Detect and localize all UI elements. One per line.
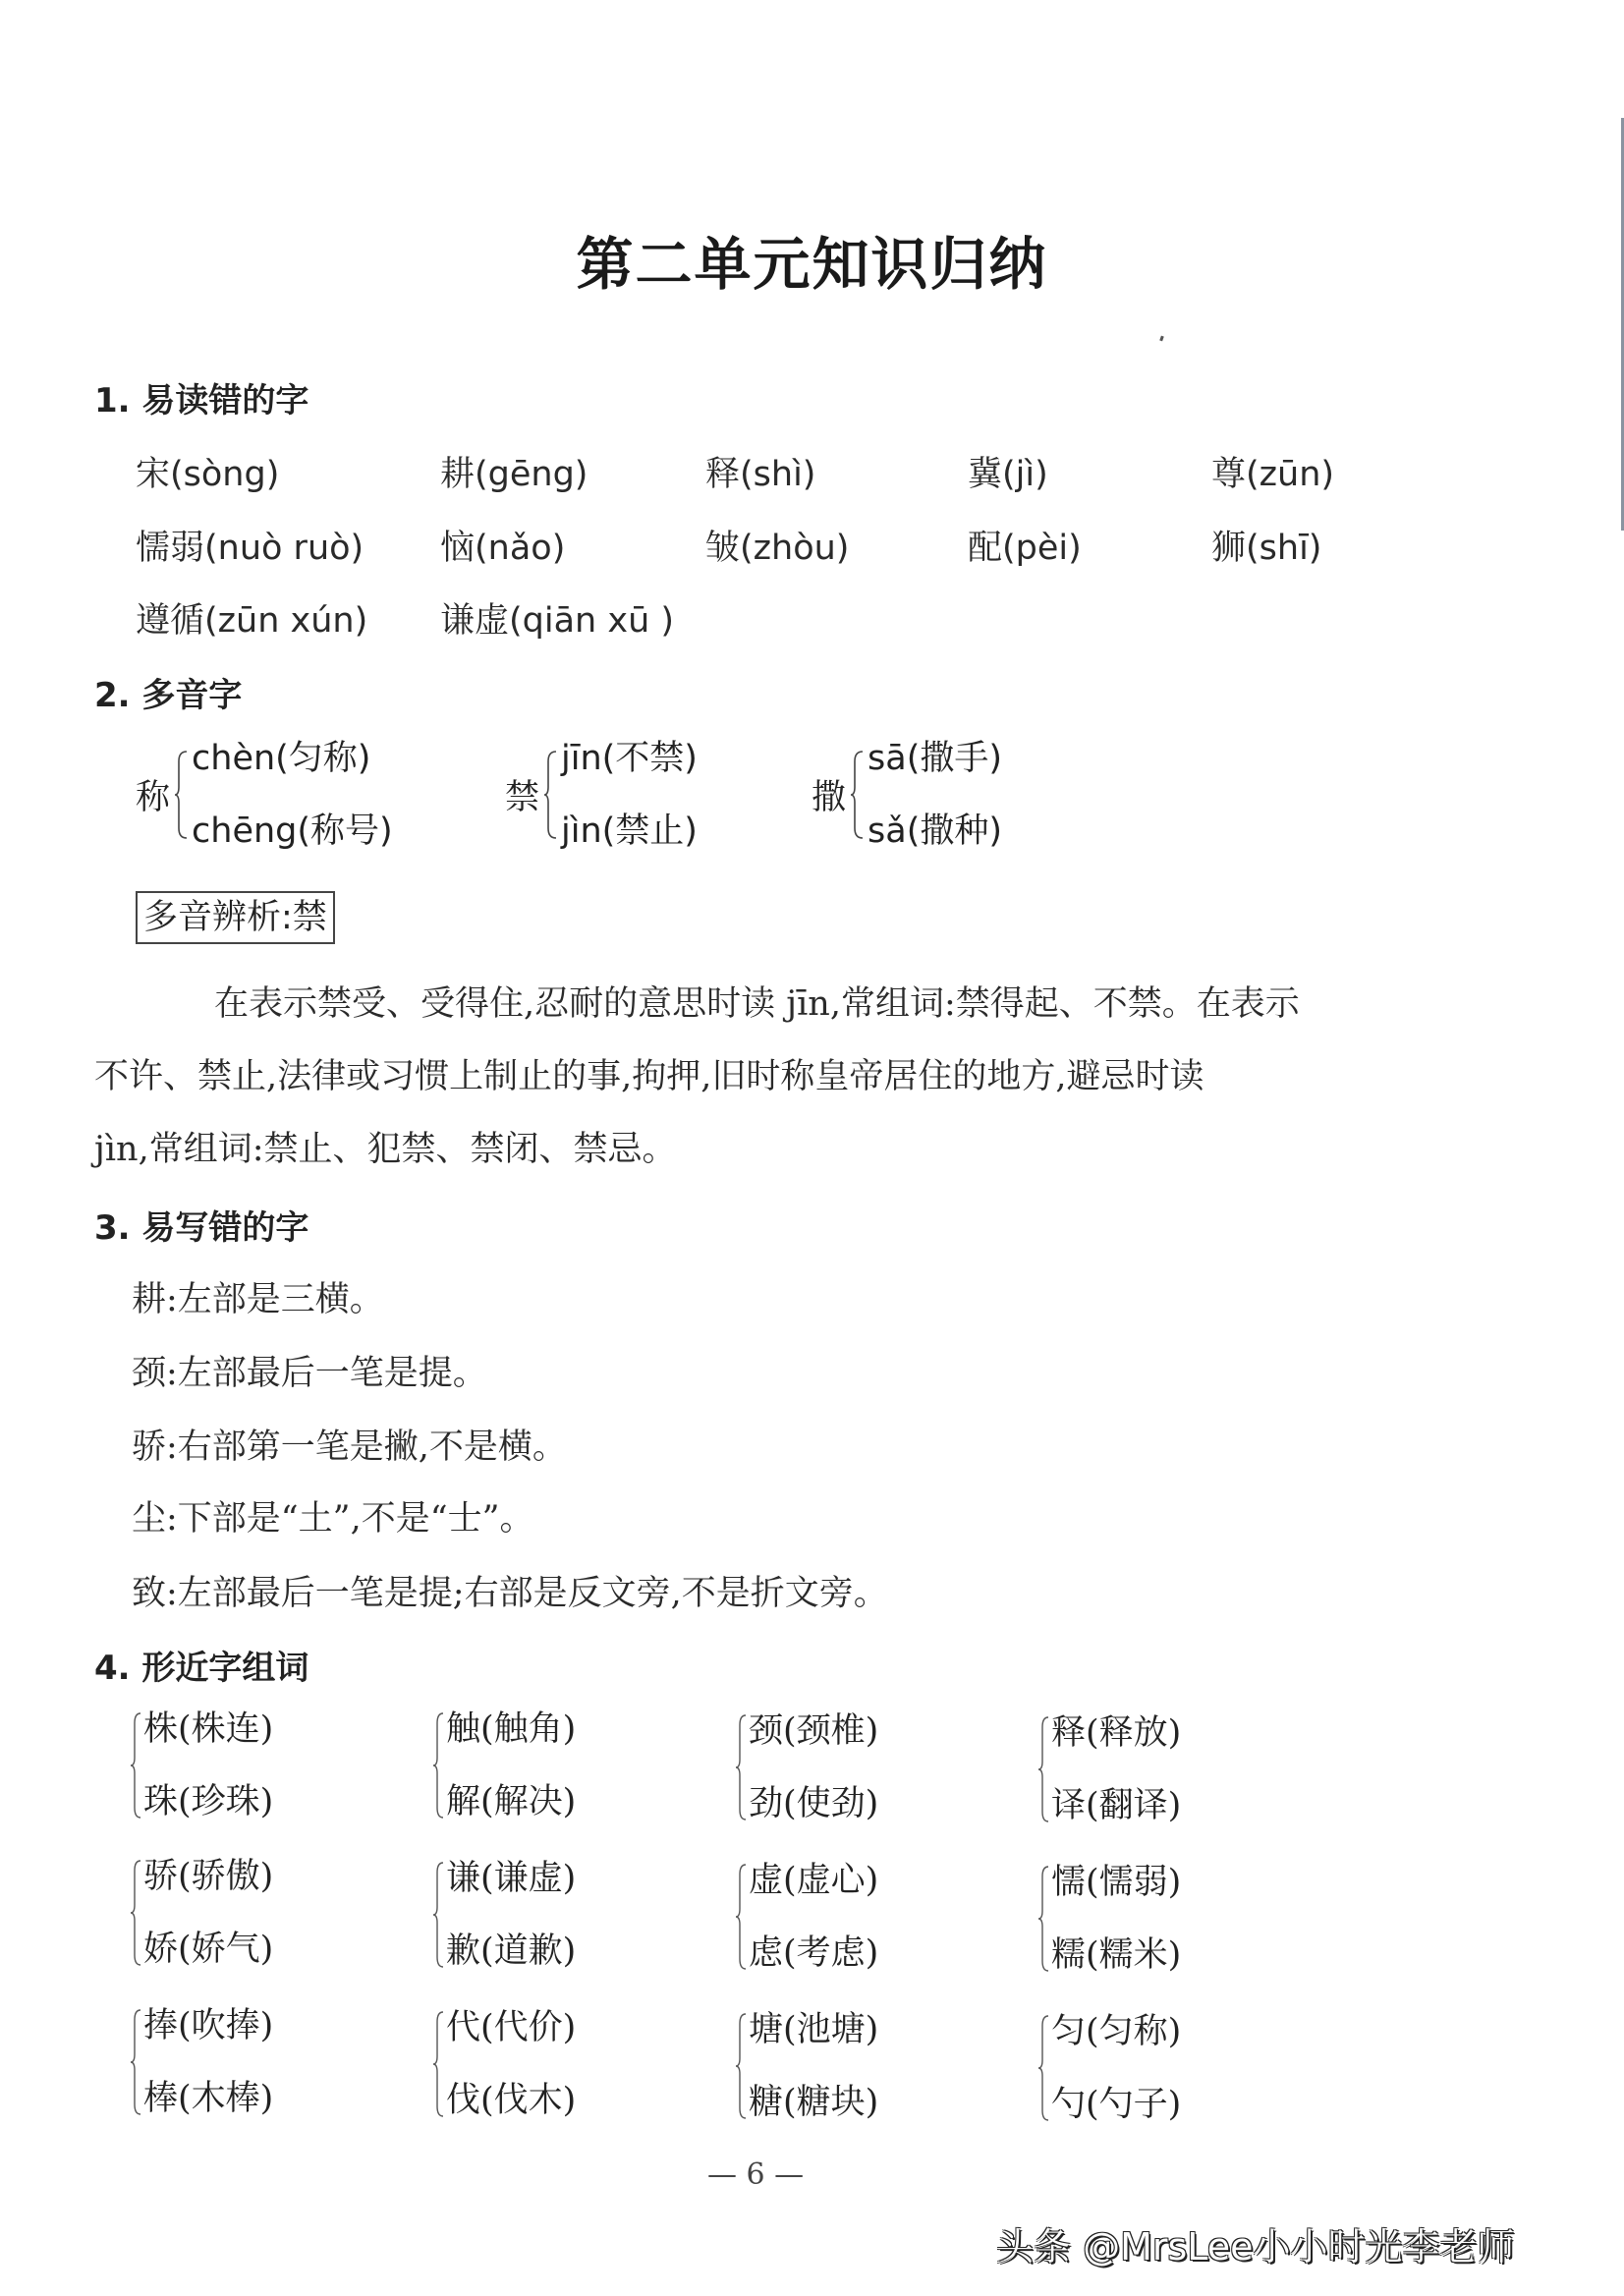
pair-word: 劲(使劲) [749, 1782, 878, 1825]
polyphone-char: 撒 [812, 770, 846, 819]
writing-rule: 骄:右部第一笔是撇,不是横。 [132, 1420, 567, 1469]
analysis-line: 不许、禁止,法律或习惯上制止的事,拘押,旧时称皇帝居住的地方,避忌时读 [94, 1057, 1204, 1096]
polyphone-reading: chēng(称号) [192, 808, 393, 855]
pair-word: 虚(虚心) [749, 1859, 878, 1902]
writing-rule: 颈:左部最后一笔是提。 [132, 1346, 487, 1395]
brace-icon [130, 1859, 141, 1967]
pair-word: 颈(颈椎) [749, 1709, 878, 1753]
pair-word: 懦(懦弱) [1051, 1861, 1181, 1904]
similar-char-pair: 释(释放)译(翻译) [1037, 1711, 1181, 1827]
similar-char-pair: 虚(虚心)虑(考虑) [735, 1859, 878, 1975]
brace-icon [1037, 2014, 1049, 2122]
similar-char-pair: 懦(懦弱)糯(糯米) [1037, 1861, 1181, 1977]
polyphone-group: 称 chèn(匀称) chēng(称号) [136, 735, 393, 855]
section-heading-3: 3. 易写错的字 [94, 1201, 308, 1249]
brace-icon [130, 2008, 141, 2116]
polyphone-reading: sǎ(撒种) [868, 808, 1002, 855]
pair-word: 株(株连) [143, 1708, 273, 1751]
similar-char-pair: 匀(匀称)勺(勺子) [1037, 2010, 1181, 2126]
polyphone-char: 禁 [505, 770, 539, 819]
brace-icon [850, 750, 864, 840]
section-heading-1: 1. 易读错的字 [94, 373, 308, 421]
brace-icon [735, 1713, 747, 1821]
reading-item: 狮(shī) [1211, 521, 1321, 570]
reading-item: 谦虚(qiān xū ) [440, 593, 674, 643]
reading-item: 懦弱(nuò ruò) [136, 521, 364, 570]
writing-rule: 致:左部最后一笔是提;右部是反文旁,不是折文旁。 [132, 1566, 888, 1615]
pair-word: 捧(吹捧) [143, 2004, 273, 2047]
section-heading-4: 4. 形近字组词 [94, 1641, 308, 1689]
similar-char-pair: 触(触角)解(解决) [432, 1708, 576, 1823]
polyphone-group: 禁 jīn(不禁) jìn(禁止) [505, 735, 698, 855]
pair-word: 糯(糯米) [1051, 1933, 1181, 1977]
similar-char-pair: 骄(骄傲)娇(娇气) [130, 1855, 273, 1971]
pair-word: 虑(考虑) [749, 1932, 878, 1975]
similar-char-pair: 颈(颈椎)劲(使劲) [735, 1709, 878, 1825]
reading-item: 遵循(zūn xún) [136, 593, 367, 643]
reading-item: 冀(jì) [968, 447, 1048, 496]
pair-word: 糖(糖块) [749, 2081, 878, 2124]
similar-char-pair: 株(株连)珠(珍珠) [130, 1708, 273, 1823]
pair-word: 歉(道歉) [446, 1930, 576, 1973]
pair-word: 译(翻译) [1051, 1784, 1181, 1827]
analysis-line: 在表示禁受、受得住,忍耐的意思时读 jīn,常组词:禁得起、不禁。在表示 [214, 984, 1300, 1024]
reading-item: 配(pèi) [968, 521, 1082, 570]
reading-item: 恼(nǎo) [440, 521, 565, 570]
brace-icon [432, 1711, 444, 1820]
pair-word: 触(触角) [446, 1708, 576, 1751]
writing-rule: 耕:左部是三横。 [132, 1272, 384, 1321]
pair-word: 解(解决) [446, 1780, 576, 1823]
analysis-line: jìn,常组词:禁止、犯禁、禁闭、禁忌。 [94, 1130, 677, 1169]
page-title: 第二单元知识归纳 [0, 218, 1624, 301]
pair-word: 勺(勺子) [1051, 2083, 1181, 2126]
writing-rule: 尘:下部是“土”,不是“士”。 [132, 1491, 534, 1540]
pair-word: 娇(娇气) [143, 1928, 273, 1971]
similar-char-pair: 塘(池塘)糖(糖块) [735, 2008, 878, 2124]
page-number: — 6 — [707, 2157, 804, 2192]
polyphone-reading: jīn(不禁) [561, 735, 698, 782]
similar-char-pair: 捧(吹捧)棒(木棒) [130, 2004, 273, 2120]
pair-word: 棒(木棒) [143, 2077, 273, 2120]
polyphone-reading: chèn(匀称) [192, 735, 393, 782]
reading-item: 耕(gēng) [440, 447, 588, 496]
reading-item: 释(shì) [705, 447, 815, 496]
pair-word: 匀(匀称) [1051, 2010, 1181, 2053]
analysis-paragraph: 在表示禁受、受得住,忍耐的意思时读 jīn,常组词:禁得起、不禁。在表示 不许、… [94, 968, 1539, 1186]
pair-word: 伐(伐木) [446, 2079, 576, 2122]
reading-item: 皱(zhòu) [705, 521, 849, 570]
brace-icon [735, 1863, 747, 1971]
polyphone-char: 称 [136, 770, 170, 819]
brace-icon [1037, 1865, 1049, 1973]
brace-icon [432, 1861, 444, 1969]
pair-word: 谦(谦虚) [446, 1857, 576, 1900]
pair-word: 骄(骄傲) [143, 1855, 273, 1898]
polyphone-reading: sā(撒手) [868, 735, 1002, 782]
similar-char-pair: 谦(谦虚)歉(道歉) [432, 1857, 576, 1973]
reading-item: 宋(sòng) [136, 447, 279, 496]
analysis-label-box: 多音辨析:禁 [136, 891, 335, 944]
watermark: 头条 @MrsLee小小时光李老师 [996, 2216, 1515, 2270]
brace-icon [174, 750, 188, 840]
pair-word: 代(代价) [446, 2006, 576, 2049]
brace-icon [432, 2010, 444, 2118]
brace-icon [543, 750, 557, 840]
reading-item: 尊(zūn) [1211, 447, 1334, 496]
brace-icon [735, 2012, 747, 2120]
section-heading-2: 2. 多音字 [94, 668, 242, 716]
scan-speck [1159, 336, 1164, 342]
pair-word: 释(释放) [1051, 1711, 1181, 1755]
brace-icon [130, 1711, 141, 1820]
polyphone-reading: jìn(禁止) [561, 808, 698, 855]
similar-char-pair: 代(代价)伐(伐木) [432, 2006, 576, 2122]
pair-word: 珠(珍珠) [143, 1780, 273, 1823]
polyphone-group: 撒 sā(撒手) sǎ(撒种) [812, 735, 1002, 855]
pair-word: 塘(池塘) [749, 2008, 878, 2051]
brace-icon [1037, 1715, 1049, 1823]
